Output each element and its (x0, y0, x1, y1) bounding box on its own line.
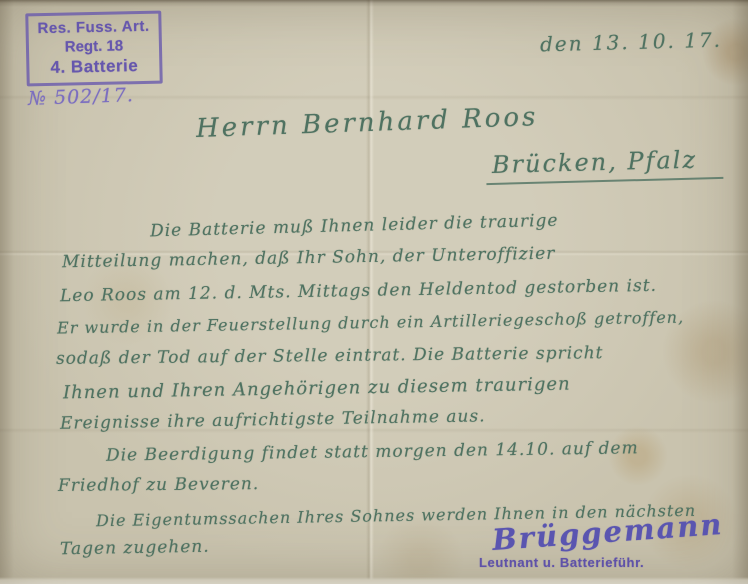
body-line: Die Batterie muß Ihnen leider die trauri… (150, 211, 559, 242)
document-number: № 502/17. (28, 84, 135, 110)
body-line: Tagen zugehen. (60, 537, 210, 560)
body-line: Ihnen und Ihren Angehörigen zu diesem tr… (63, 374, 571, 404)
body-line: sodaß der Tod auf der Stelle eintrat. Di… (56, 343, 604, 369)
body-line: Ereignisse ihre aufrichtigste Teilnahme … (60, 406, 486, 433)
body-line: Friedhof zu Beveren. (58, 474, 259, 496)
unit-stamp: Res. Fuss. Art. Regt. 18 4. Batterie (25, 11, 162, 87)
stamp-line-regiment: Regt. 18 (31, 37, 157, 57)
letter-paper: Res. Fuss. Art. Regt. 18 4. Batterie № 5… (0, 0, 748, 584)
recipient-name: Herrn Bernhard Roos (196, 102, 539, 144)
body-line: Er wurde in der Feuerstellung durch ein … (57, 308, 684, 338)
body-line: Die Beerdigung findet statt morgen den 1… (106, 438, 639, 465)
date-line: den 13. 10. 17. (540, 28, 723, 57)
stamp-line-unit: Res. Fuss. Art. (30, 18, 156, 38)
signature-rank-stamp: Leutnant u. Batterieführ. (479, 555, 644, 570)
recipient-place: Brücken, Pfalz (486, 145, 724, 185)
stamp-line-battery: 4. Batterie (31, 56, 157, 79)
body-line: Leo Roos am 12. d. Mts. Mittags den Held… (60, 276, 657, 306)
body-line: Mitteilung machen, daß Ihr Sohn, der Unt… (62, 244, 556, 273)
